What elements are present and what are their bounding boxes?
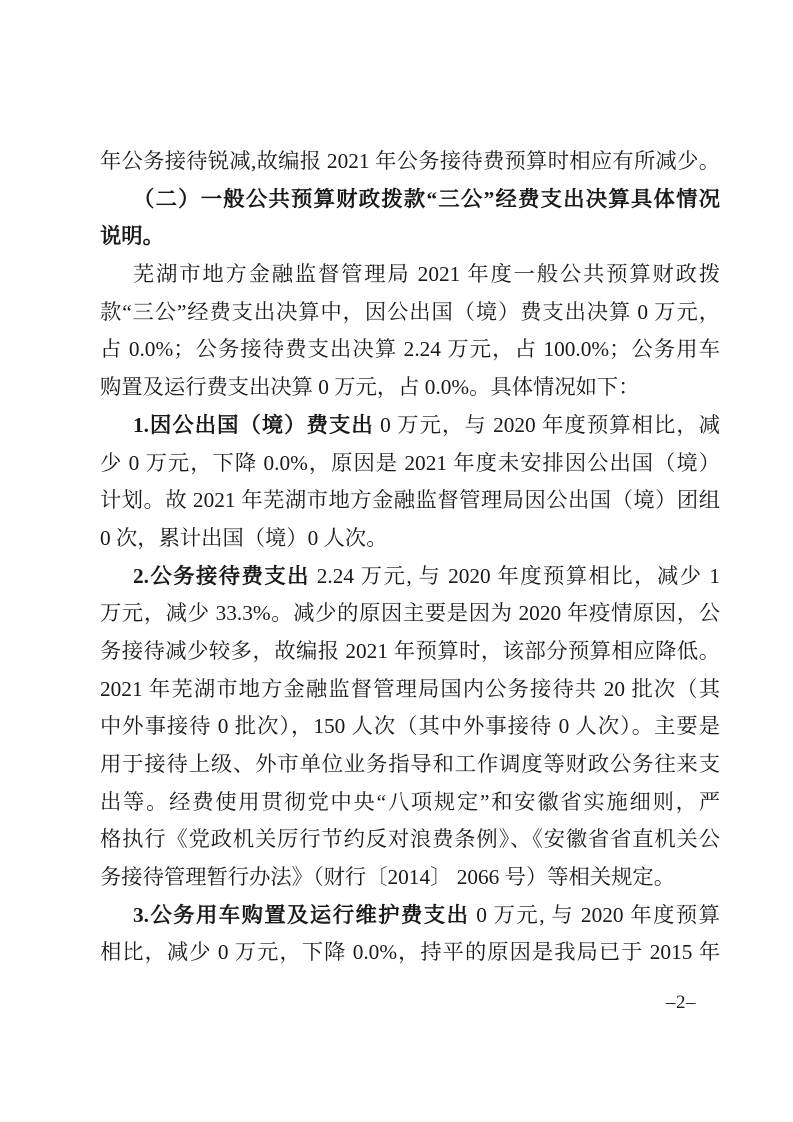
line-text: 少 0 万元，下降 0.0%，原因是 2021 年度未安排因公出国（境）	[100, 451, 720, 475]
line-text: 务接待管理暂行办法》（财行〔2014〕 2066 号）等相关规定。	[100, 865, 675, 889]
document-line: 芜湖市地方金融监督管理局 2021 年度一般公共预算财政拨	[100, 256, 720, 294]
line-text: 计划。故 2021 年芜湖市地方金融监督管理局因公出国（境）团组	[100, 488, 720, 512]
line-bold-text: 说明。	[100, 224, 164, 248]
document-line: 务接待减少较多，故编报 2021 年预算时，该部分预算相应降低。	[100, 633, 720, 671]
line-text: 相比，减少 0 万元，下降 0.0%，持平的原因是我局已于 2015 年	[100, 940, 720, 964]
section-heading-line: 说明。	[100, 218, 720, 256]
document-line: 中外事接待 0 批次），150 人次（其中外事接待 0 人次）。主要是	[100, 708, 720, 746]
line-bold-text: （二）一般公共预算财政拨款“三公”经费支出决算具体情况	[133, 187, 720, 211]
line-text: 0 万元, 与 2020 年度预算	[469, 903, 720, 927]
line-text: 购置及运行费支出决算 0 万元，占 0.0%。具体情况如下：	[100, 375, 640, 399]
line-text: 2.24 万元, 与 2020 年度预算相比，减少 1	[310, 564, 720, 588]
line-text: 格执行《党政机关厉行节约反对浪费条例》、《安徽省省直机关公	[100, 827, 720, 851]
document-line: 相比，减少 0 万元，下降 0.0%，持平的原因是我局已于 2015 年	[100, 934, 720, 972]
document-text-block: 年公务接待锐减,故编报 2021 年公务接待费预算时相应有所减少。 （二）一般公…	[100, 143, 720, 972]
line-text: 年公务接待锐减,故编报 2021 年公务接待费预算时相应有所减少。	[100, 149, 720, 173]
document-line: 计划。故 2021 年芜湖市地方金融监督管理局因公出国（境）团组	[100, 482, 720, 520]
line-text: 出等。经费使用贯彻党中央“八项规定”和安徽省实施细则，严	[100, 790, 720, 814]
line-text: 款“三公”经费支出决算中，因公出国（境）费支出决算 0 万元，	[100, 300, 720, 324]
document-line: 2021 年芜湖市地方金融监督管理局国内公务接待共 20 批次（其	[100, 671, 720, 709]
document-line: 购置及运行费支出决算 0 万元，占 0.0%。具体情况如下：	[100, 369, 720, 407]
document-line: 出等。经费使用贯彻党中央“八项规定”和安徽省实施细则，严	[100, 784, 720, 822]
line-text: 务接待减少较多，故编报 2021 年预算时，该部分预算相应降低。	[100, 639, 720, 663]
document-line: 年公务接待锐减,故编报 2021 年公务接待费预算时相应有所减少。	[100, 143, 720, 181]
document-line: 0 次，累计出国（境）0 人次。	[100, 520, 720, 558]
document-line: 万元，减少 33.3%。减少的原因主要是因为 2020 年疫情原因，公	[100, 595, 720, 633]
item-1-line: 1.因公出国（境）费支出 0 万元，与 2020 年度预算相比，减	[100, 407, 720, 445]
line-text: 2021 年芜湖市地方金融监督管理局国内公务接待共 20 批次（其	[100, 677, 720, 701]
document-line: 用于接待上级、外市单位业务指导和工作调度等财政公务往来支	[100, 746, 720, 784]
document-line: 占 0.0%；公务接待费支出决算 2.24 万元，占 100.0%；公务用车	[100, 331, 720, 369]
document-line: 格执行《党政机关厉行节约反对浪费条例》、《安徽省省直机关公	[100, 821, 720, 859]
line-text: 用于接待上级、外市单位业务指导和工作调度等财政公务往来支	[100, 752, 720, 776]
line-bold-text: 2.公务接待费支出	[133, 564, 310, 588]
section-heading-line: （二）一般公共预算财政拨款“三公”经费支出决算具体情况	[100, 181, 720, 219]
document-page: 年公务接待锐减,故编报 2021 年公务接待费预算时相应有所减少。 （二）一般公…	[0, 0, 793, 1122]
line-text: 0 万元，与 2020 年度预算相比，减	[374, 413, 720, 437]
line-text: 中外事接待 0 批次），150 人次（其中外事接待 0 人次）。主要是	[100, 714, 720, 738]
line-text: 占 0.0%；公务接待费支出决算 2.24 万元，占 100.0%；公务用车	[100, 337, 720, 361]
item-3-line: 3.公务用车购置及运行维护费支出 0 万元, 与 2020 年度预算	[100, 897, 720, 935]
document-line: 少 0 万元，下降 0.0%，原因是 2021 年度未安排因公出国（境）	[100, 445, 720, 483]
line-text: 万元，减少 33.3%。减少的原因主要是因为 2020 年疫情原因，公	[100, 601, 720, 625]
document-line: 款“三公”经费支出决算中，因公出国（境）费支出决算 0 万元，	[100, 294, 720, 332]
line-text: 芜湖市地方金融监督管理局 2021 年度一般公共预算财政拨	[133, 262, 720, 286]
line-text: 0 次，累计出国（境）0 人次。	[100, 526, 388, 550]
line-bold-text: 3.公务用车购置及运行维护费支出	[133, 903, 469, 927]
item-2-line: 2.公务接待费支出 2.24 万元, 与 2020 年度预算相比，减少 1	[100, 558, 720, 596]
line-bold-text: 1.因公出国（境）费支出	[133, 413, 374, 437]
page-number: –2–	[666, 991, 696, 1015]
document-line: 务接待管理暂行办法》（财行〔2014〕 2066 号）等相关规定。	[100, 859, 720, 897]
